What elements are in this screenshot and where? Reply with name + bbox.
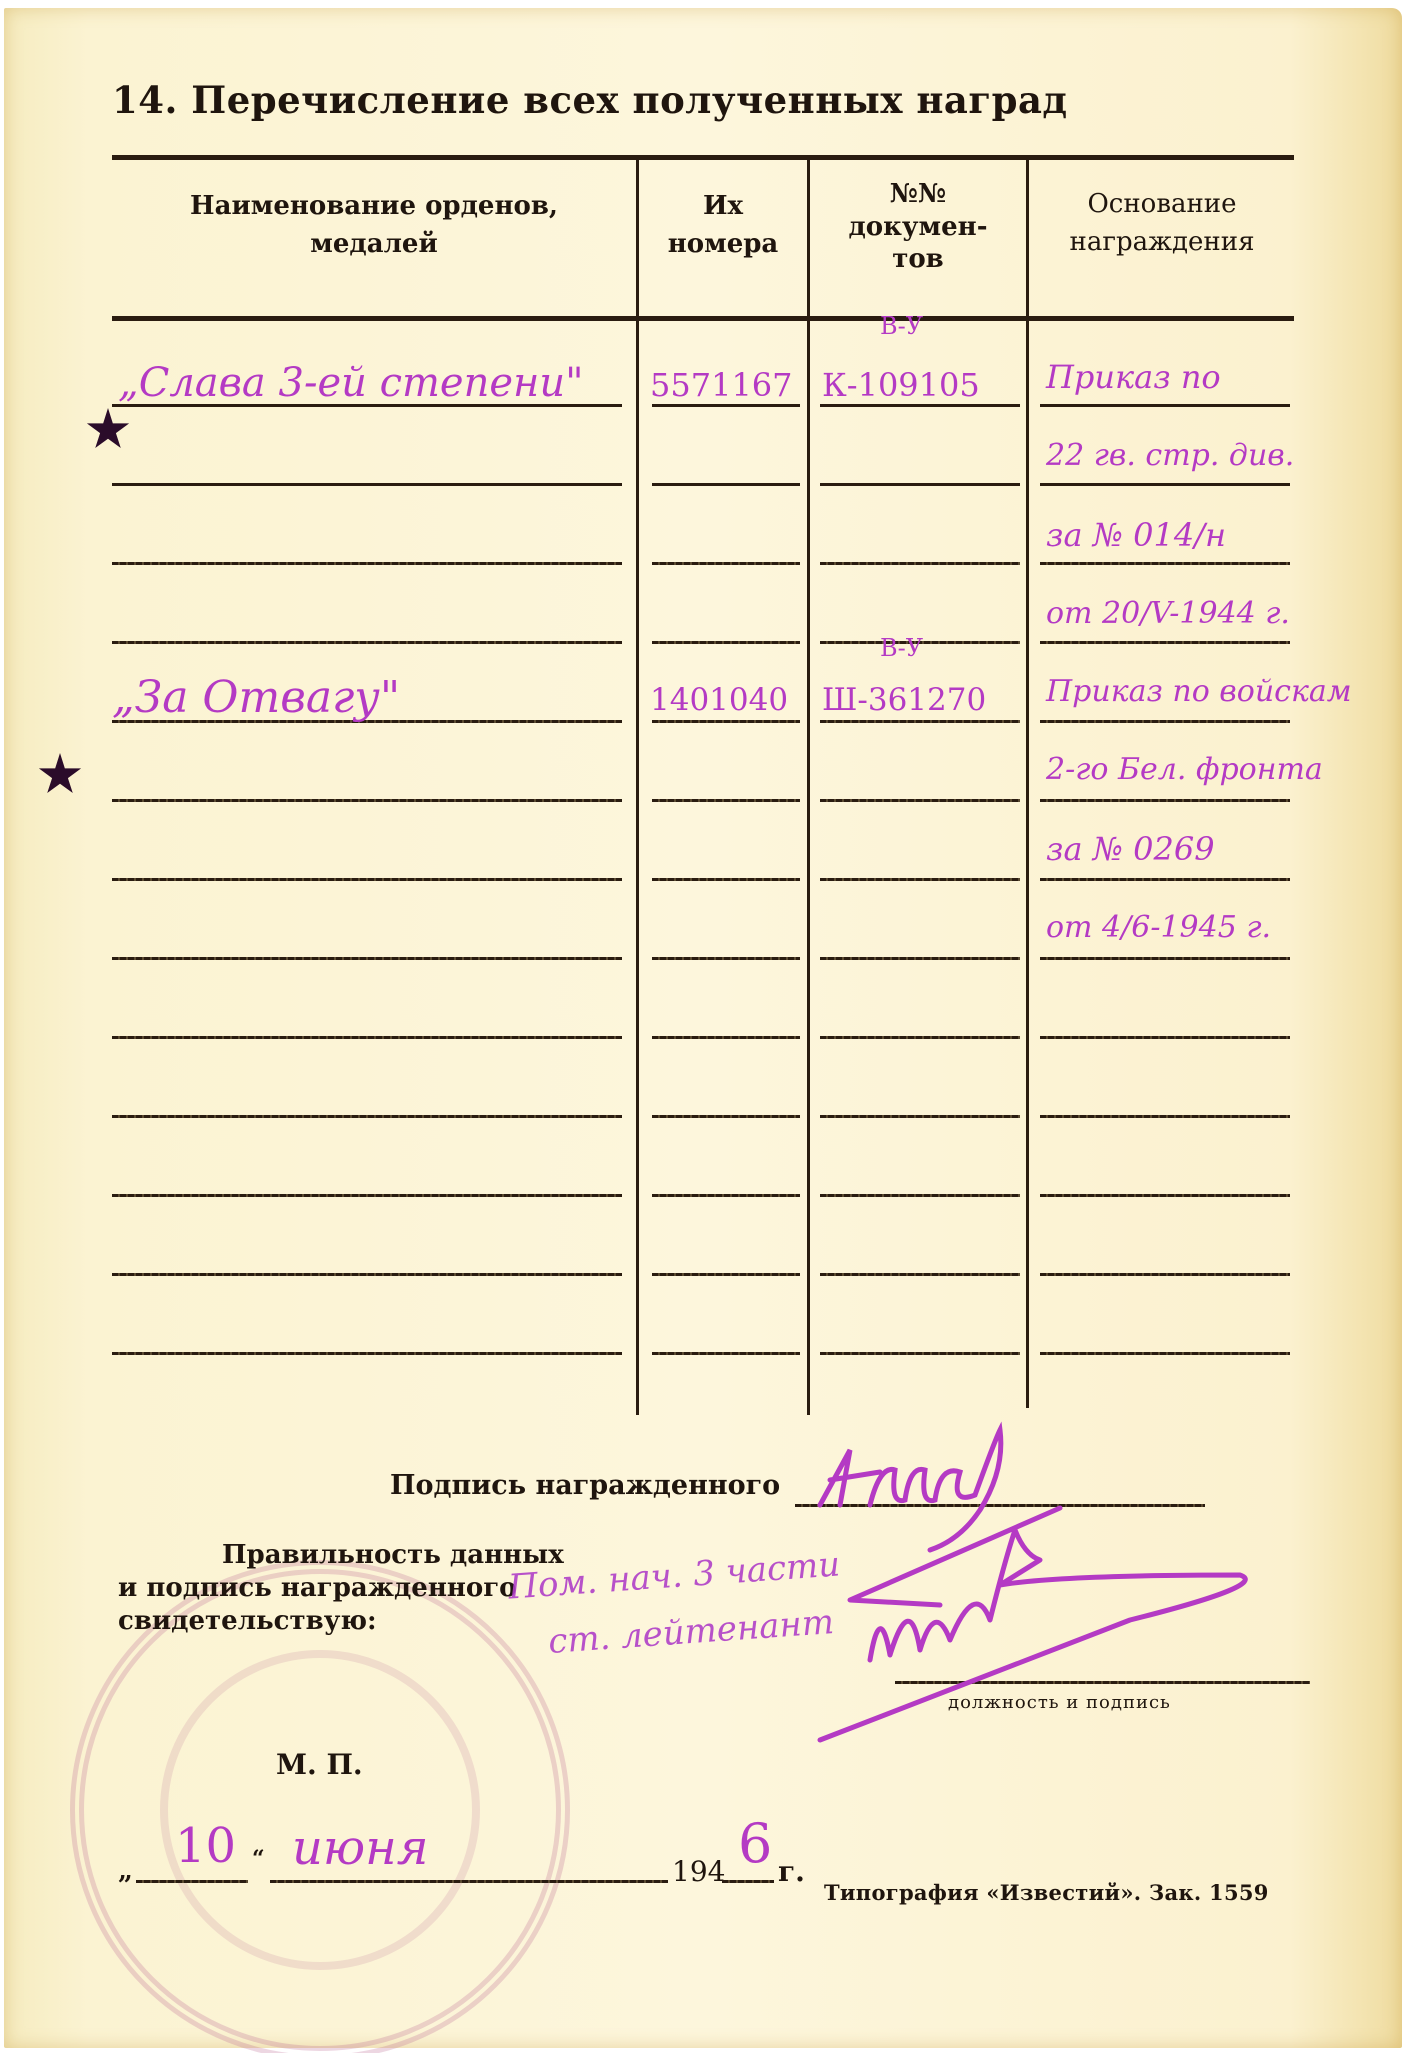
row-line xyxy=(112,878,622,881)
row-line xyxy=(1040,957,1290,960)
date-year-end: г. xyxy=(778,1855,805,1888)
row-line xyxy=(112,957,622,960)
row-line xyxy=(652,404,800,407)
row-line xyxy=(1040,1273,1290,1276)
row-line xyxy=(652,562,800,565)
section-title: 14. Перечисление всех полученных наград xyxy=(112,78,1068,122)
row-line xyxy=(1040,878,1290,881)
row-line xyxy=(1040,799,1290,802)
column-header-award-basis: Основание награждения xyxy=(1030,186,1294,261)
row-line xyxy=(652,1115,800,1118)
row-line xyxy=(112,1036,622,1039)
row-line xyxy=(1040,1194,1290,1197)
row-line xyxy=(112,483,622,486)
row-line xyxy=(1040,720,1290,723)
column-header-document-number: №№ докумен- тов xyxy=(810,178,1026,276)
row-line xyxy=(652,483,800,486)
certification-line-2: и подпись награжденного xyxy=(118,1573,517,1603)
row-line xyxy=(820,1273,1020,1276)
date-year-suffix: 6 xyxy=(738,1812,772,1875)
row-line xyxy=(1040,483,1290,486)
row-line xyxy=(112,641,622,644)
row-line xyxy=(112,562,622,565)
row-line xyxy=(652,641,800,644)
row-line xyxy=(820,1115,1020,1118)
row-line xyxy=(1040,562,1290,565)
date-month-line xyxy=(270,1880,668,1883)
award-name-1: „Слава 3-ей степени" xyxy=(118,360,584,406)
row-line xyxy=(820,957,1020,960)
row-line xyxy=(652,799,800,802)
seal-place-label: М. П. xyxy=(276,1748,363,1781)
document-prefix-1: В-У xyxy=(880,312,923,340)
row-line xyxy=(820,404,1020,407)
row-line xyxy=(1040,641,1290,644)
date-year-line xyxy=(722,1880,774,1883)
row-line xyxy=(820,1194,1020,1197)
row-line xyxy=(112,1352,622,1355)
row-line xyxy=(820,720,1020,723)
column-header-award-number: Их номера xyxy=(638,188,808,263)
date-close-quote: “ xyxy=(252,1846,265,1872)
date-year-prefix: 194 xyxy=(672,1855,725,1888)
award-basis-2-line-1: Приказ по войскам xyxy=(1046,674,1352,709)
round-seal-stamp-inner xyxy=(160,1650,480,1970)
column-header-award-name: Наименование орденов, медалей xyxy=(112,188,636,263)
column-divider xyxy=(807,160,810,1415)
award-basis-1-line-4: от 20/V-1944 г. xyxy=(1046,596,1290,631)
row-line xyxy=(652,1036,800,1039)
row-line xyxy=(112,1194,622,1197)
row-line xyxy=(1040,404,1290,407)
row-line xyxy=(112,799,622,802)
date-day-line xyxy=(136,1880,248,1883)
awardee-signature-label: Подпись награжденного xyxy=(390,1470,780,1501)
award-basis-1-line-1: Приказ по xyxy=(1046,358,1221,396)
row-line xyxy=(1040,1036,1290,1039)
row-line xyxy=(652,720,800,723)
row-line xyxy=(820,799,1020,802)
row-line xyxy=(112,1115,622,1118)
award-basis-2-line-2: 2-го Бел. фронта xyxy=(1046,752,1323,787)
date-month: июня xyxy=(292,1820,429,1876)
award-number-1: 5571167 xyxy=(650,366,793,404)
award-basis-2-line-3: за № 0269 xyxy=(1046,830,1215,868)
award-name-2: „За Отвагу" xyxy=(112,672,400,723)
column-divider xyxy=(1026,160,1029,1408)
table-header-bottom-border xyxy=(112,316,1294,321)
row-line xyxy=(652,1273,800,1276)
award-basis-2-line-4: от 4/6-1945 г. xyxy=(1046,910,1271,945)
officer-signature xyxy=(800,1500,1320,1780)
date-day: 10 xyxy=(175,1818,236,1874)
row-line xyxy=(652,1352,800,1355)
row-line xyxy=(1040,1115,1290,1118)
row-line xyxy=(652,957,800,960)
row-line xyxy=(112,1273,622,1276)
printer-note: Типография «Известий». Зак. 1559 xyxy=(824,1880,1269,1905)
row-line xyxy=(652,878,800,881)
row-line xyxy=(820,483,1020,486)
certification-line-1: Правильность данных xyxy=(222,1540,564,1570)
certification-line-3: свидетельствую: xyxy=(118,1606,377,1636)
row-line xyxy=(820,1036,1020,1039)
table-top-border xyxy=(112,155,1294,160)
row-line xyxy=(652,1194,800,1197)
award-number-2: 1401040 xyxy=(650,682,788,718)
document-prefix-2: В-У xyxy=(880,634,923,662)
row-line xyxy=(1040,1352,1290,1355)
column-divider xyxy=(636,160,639,1415)
award-basis-1-line-3: за № 014/н xyxy=(1046,516,1226,554)
award-basis-1-line-2: 22 гв. стр. див. xyxy=(1046,438,1294,473)
date-open-quote: „ xyxy=(118,1856,133,1886)
row-line xyxy=(820,878,1020,881)
document-number-2: Ш-361270 xyxy=(822,682,986,718)
document-number-1: К-109105 xyxy=(822,366,980,404)
row-line xyxy=(820,1352,1020,1355)
row-line xyxy=(820,562,1020,565)
